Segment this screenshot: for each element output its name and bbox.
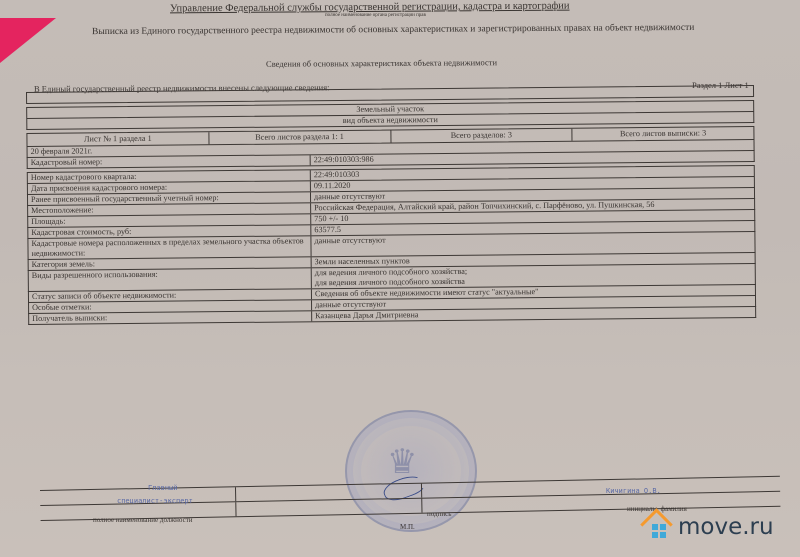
signature-caption: подпись <box>427 510 451 518</box>
house-logo-icon <box>644 512 674 542</box>
agency-caption: полное наименование органа регистрации п… <box>325 13 426 18</box>
corner-tag <box>0 18 56 63</box>
sheet-number: Лист № 1 раздела 1 <box>27 132 208 146</box>
extract-sheets-total: Всего листов выписки: 3 <box>572 127 754 141</box>
row-value: данные отсутствуют <box>311 232 754 256</box>
position-line-2: специалист-эксперт <box>117 497 193 505</box>
row-label: Получатель выписки: <box>29 311 312 324</box>
move-ru-watermark: move.ru <box>644 512 774 542</box>
property-table: Земельный участок вид объекта недвижимос… <box>26 85 756 325</box>
official-initials: Кичигина О.В. <box>606 487 661 495</box>
section-sheets-total: Всего листов раздела 1: 1 <box>208 131 390 145</box>
row-label: Виды разрешенного использования: <box>29 268 312 291</box>
document-photo: Управление Федеральной службы государств… <box>0 0 800 557</box>
position-caption: полное наименование должности <box>93 516 193 524</box>
section-title: Сведения об основных характеристиках объ… <box>266 57 497 69</box>
sections-total: Всего разделов: 3 <box>390 129 572 143</box>
stamp-caption: М.П. <box>400 523 415 531</box>
row-label: Кадастровый номер: <box>28 155 311 168</box>
row-value: для ведения личного подсобного хозяйства… <box>312 264 755 288</box>
extract-title: Выписка из Единого государственного реес… <box>92 23 694 37</box>
position-line-1: Главный <box>148 484 178 492</box>
logo-text: move.ru <box>678 514 774 540</box>
row-label: Кадастровые номера расположенных в преде… <box>28 236 311 259</box>
